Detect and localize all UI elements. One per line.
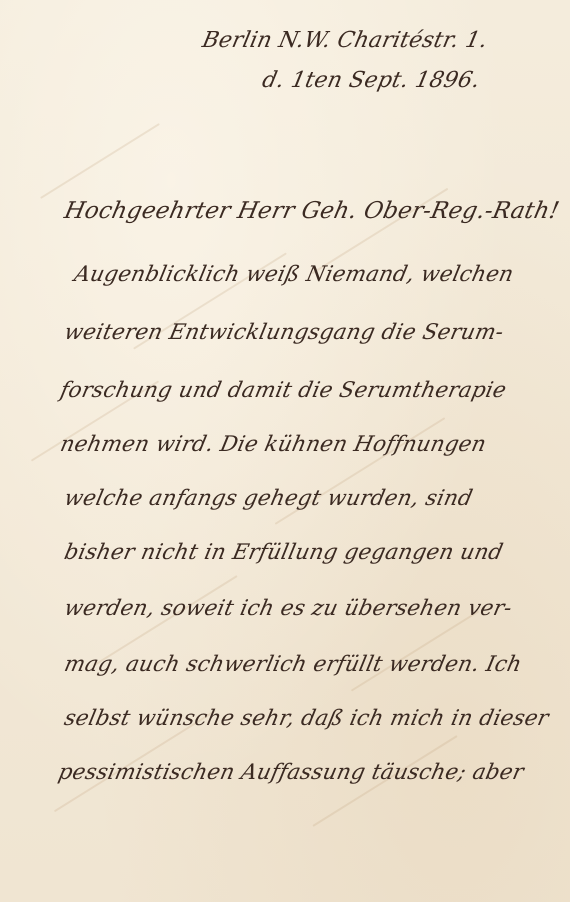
letter-line: pessimistischen Auffassung täusche; aber <box>56 760 526 785</box>
letter-line: selbst wünsche sehr, daß ich mich in die… <box>62 706 551 731</box>
letter-date-line: d. 1ten Sept. 1896. <box>260 68 482 93</box>
letter-line: nehmen wird. Die kühnen Hoffnungen <box>58 432 488 457</box>
letter-line: Augenblicklich weiß Niemand, welchen <box>72 262 516 287</box>
letter-line: werden, soweit ich es zu übersehen ver- <box>62 596 514 621</box>
letter-salutation: Hochgeehrter Herr Geh. Ober-Reg.-Rath! <box>62 198 562 224</box>
letter-place-line: Berlin N.W. Charitéstr. 1. <box>200 28 490 53</box>
letter-line: forschung und damit die Serumtherapie <box>58 378 509 403</box>
letter-line: welche anfangs gehegt wurden, sind <box>62 486 475 511</box>
letter-page: Berlin N.W. Charitéstr. 1. d. 1ten Sept.… <box>0 0 570 902</box>
letter-line: mag, auch schwerlich erfüllt werden. Ich <box>62 652 524 677</box>
letter-line: weiteren Entwicklungsgang die Serum- <box>62 320 506 345</box>
letter-line: bisher nicht in Erfüllung gegangen und <box>62 540 505 565</box>
